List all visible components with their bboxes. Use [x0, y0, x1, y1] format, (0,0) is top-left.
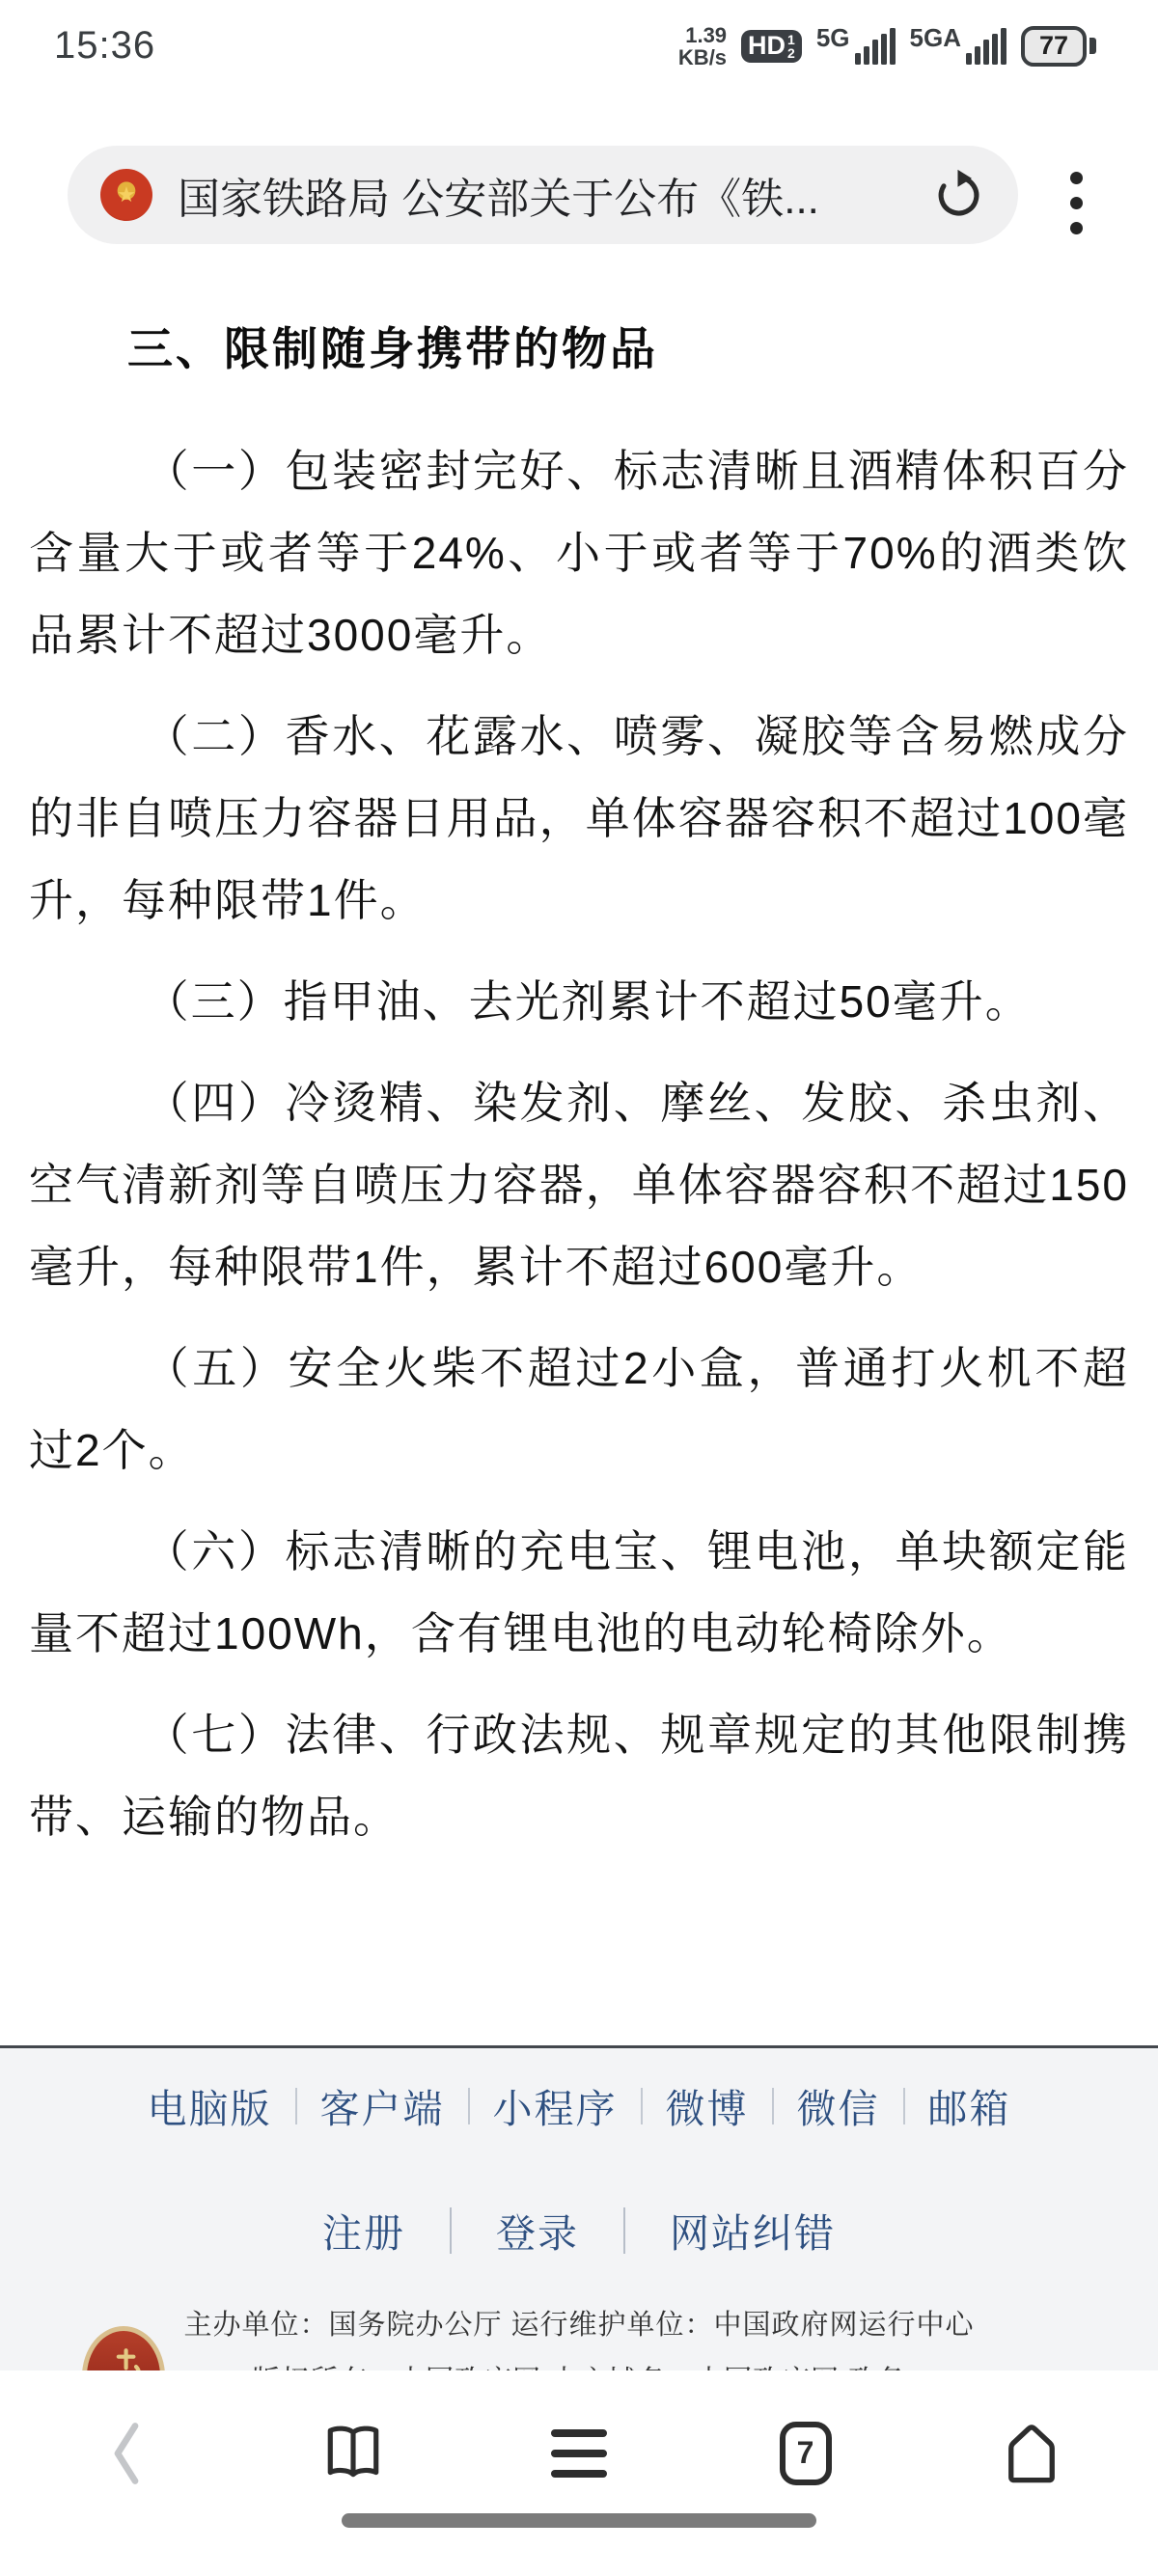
footer-link-desktop-version[interactable]: 电脑版 — [148, 2077, 272, 2134]
signal-bars-icon — [966, 28, 1006, 65]
bookmarks-button[interactable] — [318, 2419, 388, 2488]
clock-text: 15:36 — [54, 24, 155, 68]
divider — [772, 2088, 774, 2124]
sim2-signal: 5GA — [910, 28, 1006, 65]
footer-link-register[interactable]: 注册 — [322, 2202, 405, 2259]
back-button[interactable] — [92, 2419, 161, 2488]
back-chevron-icon — [109, 2419, 144, 2488]
article-paragraph: （五）安全火柴不超过2小盒，普通打火机不超过2个。 — [29, 1328, 1129, 1492]
home-icon — [1001, 2421, 1062, 2486]
footer-link-mailbox[interactable]: 邮箱 — [928, 2077, 1011, 2134]
browser-menu-button[interactable] — [1061, 162, 1092, 244]
sim2-network-label: 5GA — [910, 23, 961, 53]
home-button[interactable] — [997, 2419, 1066, 2488]
status-icons-cluster: 1.39 KB/s HD 1 2 5G 5GA 77 — [678, 24, 1096, 69]
divider — [623, 2207, 625, 2254]
status-bar: 15:36 1.39 KB/s HD 1 2 5G 5GA 77 — [0, 0, 1158, 82]
dot — [1070, 172, 1083, 184]
footer-link-weibo[interactable]: 微博 — [666, 2077, 749, 2134]
footer-link-login[interactable]: 登录 — [496, 2202, 579, 2259]
sim1-signal: 5G — [816, 28, 896, 65]
network-speed-text: 1.39 KB/s — [678, 24, 727, 69]
bar — [551, 2450, 607, 2457]
divider — [641, 2088, 643, 2124]
open-book-icon — [321, 2424, 385, 2483]
divider — [295, 2088, 297, 2124]
section-heading: 三、限制随身携带的物品 — [127, 314, 1129, 378]
divider — [903, 2088, 905, 2124]
bar — [551, 2429, 607, 2437]
article-paragraph: （六）标志清晰的充电宝、锂电池，单块额定能量不超过100Wh，含有锂电池的电动轮… — [29, 1511, 1129, 1675]
article-paragraph: （二）香水、花露水、喷雾、凝胶等含易燃成分的非自喷压力容器日用品，单体容器容积不… — [29, 696, 1129, 942]
footer-link-mini-program[interactable]: 小程序 — [493, 2077, 618, 2134]
divider — [450, 2207, 452, 2254]
address-bar[interactable]: 国家铁路局 公安部关于公布《铁... — [68, 146, 1018, 244]
footer-quick-links: 电脑版 客户端 小程序 微博 微信 邮箱 — [0, 2077, 1158, 2134]
home-indicator-handle[interactable] — [342, 2513, 816, 2528]
battery-icon: 77 — [1021, 26, 1096, 67]
refresh-icon — [929, 167, 985, 223]
tab-count-badge: 7 — [780, 2422, 832, 2485]
footer-organizer-line: 主办单位：国务院办公厅 运行维护单位：中国政府网运行中心 — [0, 2303, 1158, 2343]
bar — [551, 2470, 607, 2478]
footer-link-wechat[interactable]: 微信 — [797, 2077, 880, 2134]
signal-bars-icon — [855, 28, 896, 65]
volte-hd-icon: HD 1 2 — [741, 30, 802, 63]
site-favicon-national-emblem-icon — [100, 169, 152, 221]
tabs-button[interactable]: 7 — [771, 2419, 841, 2488]
browser-menu-button[interactable] — [544, 2419, 614, 2488]
article-paragraph: （四）冷烫精、染发剂、摩丝、发胶、杀虫剂、空气清新剂等自喷压力容器，单体容器容积… — [29, 1062, 1129, 1308]
dot — [1070, 222, 1083, 234]
footer-account-links: 注册 登录 网站纠错 — [0, 2202, 1158, 2259]
sim1-network-label: 5G — [816, 23, 850, 53]
divider — [468, 2088, 470, 2124]
article-paragraph: （三）指甲油、去光剂累计不超过50毫升。 — [29, 961, 1129, 1043]
hd-sim-numbers: 1 2 — [787, 33, 795, 60]
footer-link-client-app[interactable]: 客户端 — [320, 2077, 445, 2134]
article-paragraph: （一）包装密封完好、标志清晰且酒精体积百分含量大于或者等于24%、小于或者等于7… — [29, 430, 1129, 676]
footer-link-site-error-report[interactable]: 网站纠错 — [670, 2202, 836, 2259]
refresh-button[interactable] — [929, 167, 985, 223]
dot — [1070, 197, 1083, 209]
article-body: 三、限制随身携带的物品 （一）包装密封完好、标志清晰且酒精体积百分含量大于或者等… — [0, 273, 1158, 2045]
site-footer: 电脑版 客户端 小程序 微博 微信 邮箱 注册 登录 网站纠错 主办单位：国务院… — [0, 2045, 1158, 2370]
footer-copyright-line: 版权所有：中国政府网 中文域名：中国政府网.政务 — [0, 2359, 1158, 2370]
browser-bottom-nav: 7 — [0, 2370, 1158, 2576]
battery-percent: 77 — [1039, 31, 1068, 61]
browser-toolbar: 国家铁路局 公安部关于公布《铁... — [0, 82, 1158, 273]
article-paragraph: （七）法律、行政法规、规章规定的其他限制携带、运输的物品。 — [29, 1694, 1129, 1858]
network-speed-unit: KB/s — [678, 46, 727, 69]
page-title: 国家铁路局 公安部关于公布《铁... — [178, 164, 910, 226]
network-speed-value: 1.39 — [678, 24, 727, 46]
